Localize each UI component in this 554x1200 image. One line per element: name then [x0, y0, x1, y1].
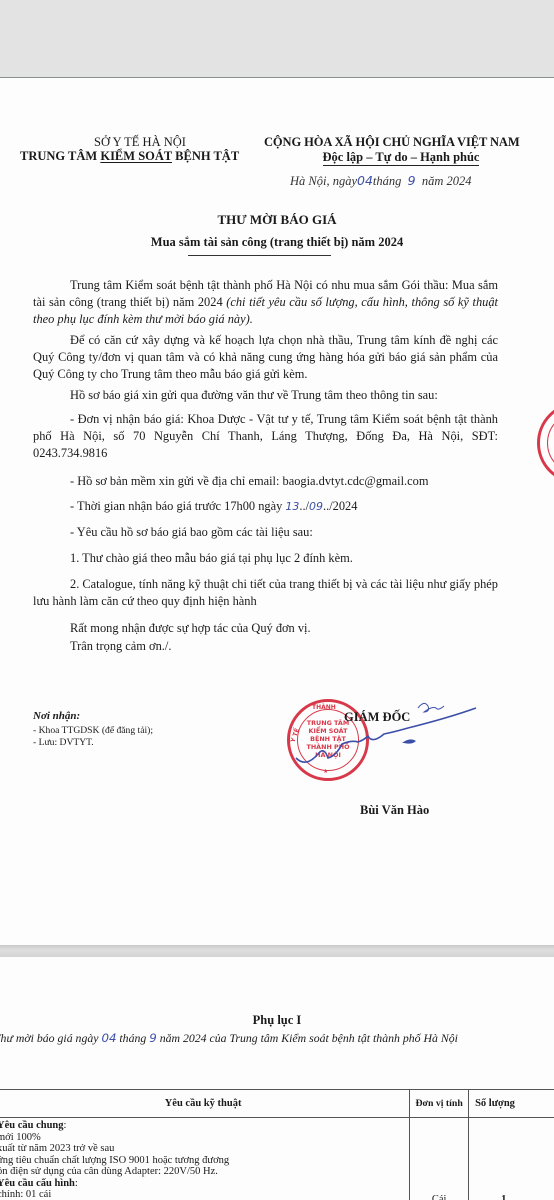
deadline-month: 09: [309, 500, 323, 513]
document-page-2: Phụ lục I Thư mời báo giá ngày 04 tháng …: [0, 957, 554, 1200]
recipients-label: Nơi nhận:: [33, 710, 80, 722]
requirements-cell: Yêu cầu chung: mới 100% xuất từ năm 2023…: [0, 1118, 410, 1200]
closing-thanks: Trân trọng cảm ơn./.: [70, 638, 470, 655]
requirement-heading: Yêu cầu chung: [0, 1120, 64, 1131]
appendix-title: Phụ lục I: [0, 1013, 554, 1028]
header-unit: Đơn vị tính: [410, 1090, 469, 1118]
signer-name: Bùi Văn Hào: [360, 803, 429, 818]
appendix-caption: Thư mời báo giá ngày 04 tháng 9 năm 2024…: [0, 1031, 458, 1046]
date-month-label: tháng: [373, 174, 401, 188]
requirement-line: Yêu cầu chung:: [0, 1120, 409, 1132]
deadline-year: ../2024: [323, 499, 357, 513]
deadline-label: - Thời gian nhận báo giá trước 17h00 ngà…: [70, 499, 285, 513]
document-page-1: SỞ Y TẾ HÀ NỘI TRUNG TÂM KIỂM SOÁT BỆNH …: [0, 77, 554, 945]
paragraph-submission: Hồ sơ báo giá xin gửi qua đường văn thư …: [33, 387, 498, 404]
paragraph-request: Để có căn cứ xây dựng và kế hoạch lựa ch…: [33, 332, 498, 384]
paragraph-doc-2: 2. Catalogue, tính năng kỹ thuật chi tiế…: [33, 576, 498, 610]
requirement-line: ồn điện sử dụng của cân dùng Adapter: 22…: [0, 1166, 409, 1178]
date-month: 9: [408, 173, 416, 188]
stamp-inner-ring: [547, 412, 554, 474]
org-parent: SỞ Y TẾ HÀ NỘI: [62, 135, 218, 150]
requirements-table: Yêu cầu kỹ thuật Đơn vị tính Số lượng Yê…: [0, 1089, 554, 1200]
viewer-background-top: [0, 0, 554, 77]
quantity-cell: 1: [469, 1118, 554, 1200]
paragraph-deadline: - Thời gian nhận báo giá trước 17h00 ngà…: [33, 498, 498, 515]
requirement-colon: :: [64, 1120, 67, 1131]
caption-prefix: Thư mời báo giá ngày: [0, 1031, 101, 1045]
date-day: 04: [357, 173, 373, 188]
deadline-separator: ../: [299, 499, 309, 513]
header-requirements: Yêu cầu kỹ thuật: [0, 1090, 410, 1118]
date-prefix: Hà Nội, ngày: [290, 174, 357, 188]
requirement-heading: Yêu cầu cấu hình: [0, 1178, 75, 1189]
header-quantity: Số lượng: [469, 1090, 554, 1118]
page-separator: [0, 945, 554, 957]
paragraph-docs-required: - Yêu cầu hồ sơ báo giá bao gồm các tài …: [33, 524, 498, 541]
table-row: Yêu cầu chung: mới 100% xuất từ năm 2023…: [0, 1118, 554, 1200]
unit-cell: Cái: [410, 1118, 469, 1200]
caption-day: 04: [101, 1031, 116, 1045]
org-name-part1: TRUNG TÂM: [20, 149, 100, 163]
letter-title: THƯ MỜI BÁO GIÁ: [0, 212, 554, 228]
paragraph-email: - Hồ sơ bản mềm xin gửi về địa chỉ email…: [33, 473, 498, 490]
org-name-part3: BỆNH TẬT: [172, 149, 239, 163]
requirement-line: mới 100%: [0, 1132, 409, 1144]
email-label: - Hồ sơ bản mềm xin gửi về địa chỉ email…: [70, 474, 283, 488]
org-name-underlined: KIỂM SOÁT: [100, 149, 172, 163]
caption-suffix: năm 2024 của Trung tâm Kiểm soát bệnh tậ…: [157, 1031, 458, 1045]
caption-month-label: tháng: [116, 1031, 149, 1045]
partial-stamp-edge: [537, 402, 554, 484]
signature-icon: [290, 698, 510, 778]
letter-subtitle: Mua sắm tài sản công (trang thiết bị) nă…: [0, 235, 554, 250]
national-motto: Độc lập – Tự do – Hạnh phúc: [289, 150, 513, 165]
caption-month: 9: [149, 1031, 157, 1045]
subtitle-underline: [188, 255, 331, 256]
motto-text: Độc lập – Tự do – Hạnh phúc: [323, 150, 480, 166]
table-header-row: Yêu cầu kỹ thuật Đơn vị tính Số lượng: [0, 1090, 554, 1118]
recipient-item: - Khoa TTGDSK (để đăng tải);: [33, 725, 153, 737]
letter-date: Hà Nội, ngày04tháng 9 năm 2024: [290, 173, 472, 189]
recipient-item: - Lưu: DVTYT.: [33, 737, 153, 749]
requirement-line: Yêu cầu cấu hình:: [0, 1178, 409, 1190]
date-year: năm 2024: [422, 174, 472, 188]
recipients-list: - Khoa TTGDSK (để đăng tải); - Lưu: DVTY…: [33, 725, 153, 749]
deadline-day: 13: [285, 500, 299, 513]
closing-cooperation: Rất mong nhận được sự hợp tác của Quý đơ…: [70, 620, 470, 637]
paragraph-doc-1: 1. Thư chào giá theo mẫu báo giá tại phụ…: [33, 550, 498, 567]
country-name: CỘNG HÒA XÃ HỘI CHỦ NGHĨA VIỆT NAM: [264, 135, 520, 150]
email-address[interactable]: baogia.dvtyt.cdc@gmail.com: [283, 474, 429, 488]
requirement-line: chính: 01 cái: [0, 1189, 409, 1200]
requirement-line: xuất từ năm 2023 trở về sau: [0, 1143, 409, 1155]
requirement-colon: :: [75, 1178, 78, 1189]
requirement-line: ứng tiêu chuẩn chất lượng ISO 9001 hoặc …: [0, 1155, 409, 1167]
paragraph-recipient-unit: - Đơn vị nhận báo giá: Khoa Dược - Vật t…: [33, 411, 498, 463]
paragraph-intro: Trung tâm Kiểm soát bệnh tật thành phố H…: [33, 277, 498, 329]
org-name: TRUNG TÂM KIỂM SOÁT BỆNH TẬT: [20, 149, 239, 164]
